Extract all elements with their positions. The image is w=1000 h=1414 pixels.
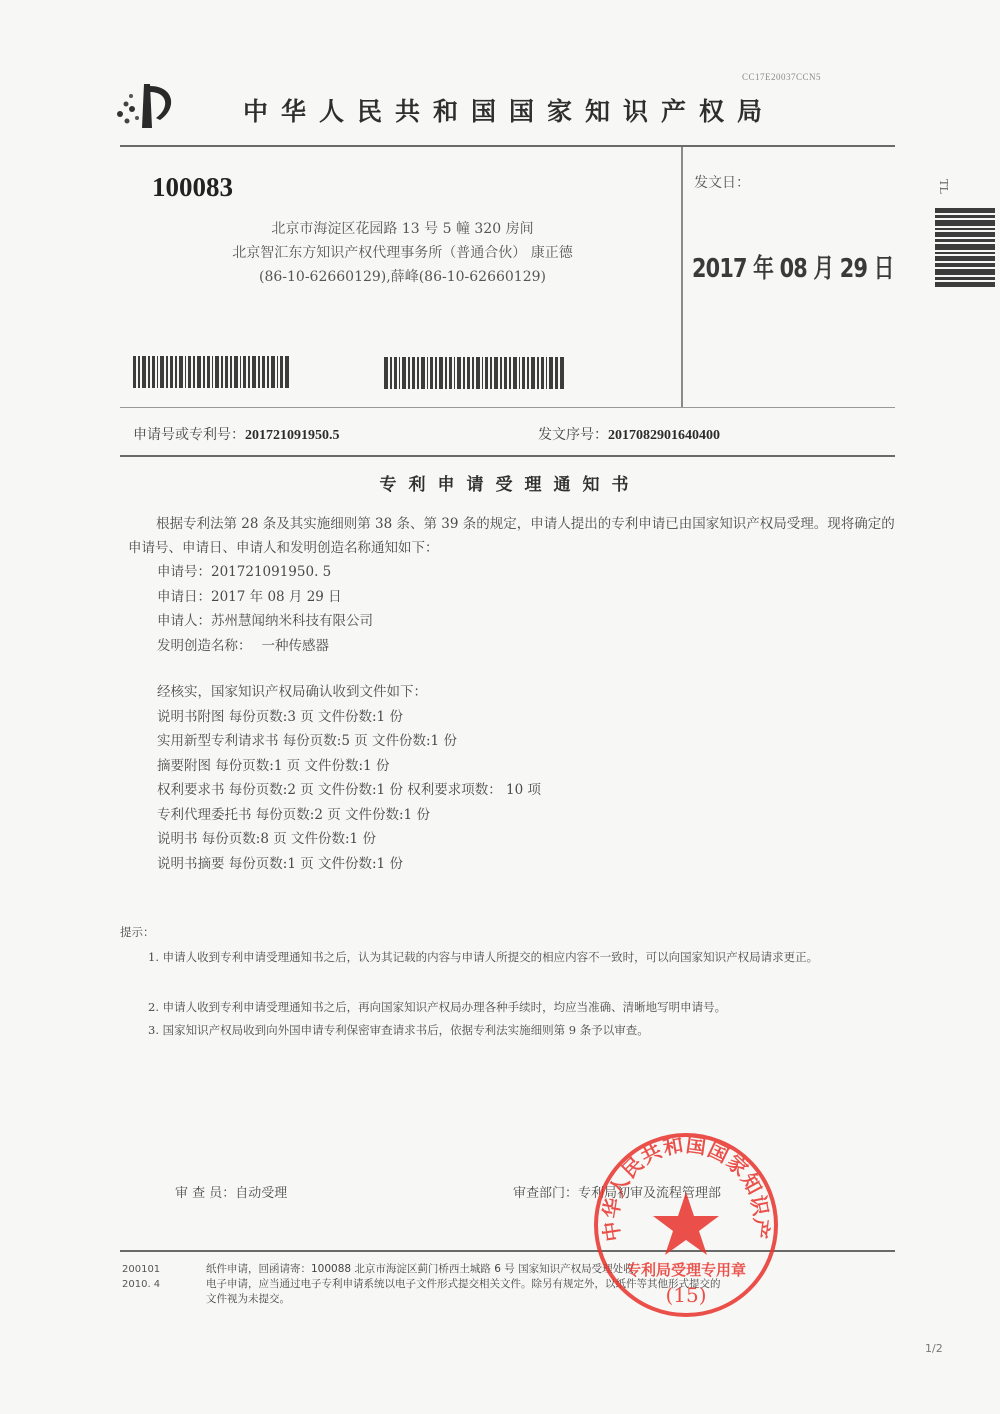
header-divider [120,145,895,147]
document-item: 实用新型专利请求书 每份页数:5 页 文件份数:1 份 [157,729,541,754]
svg-text:(15): (15) [665,1283,706,1307]
address-line-1: 北京市海淀区花园路 13 号 5 幢 320 房间 [125,218,680,240]
document-item: 专利代理委托书 每份页数:2 页 文件份数:1 份 [157,803,541,828]
page-number: 1/2 [925,1342,943,1355]
official-seal-icon: 中华人民共和国国家知识产权局 专利局受理专用章 (15) [591,1130,781,1320]
examiner: 审 查 员：自动受理 [175,1182,287,1207]
field-applicant: 申请人：苏州慧闻纳米科技有限公司 [157,609,373,634]
cnipa-logo-icon [112,74,182,130]
document-item: 说明书附图 每份页数:3 页 文件份数:1 份 [157,705,541,730]
examiner-value: 自动受理 [235,1186,287,1201]
application-number: 201721091950.5 [245,428,340,443]
dispatch-date-label: 发文日： [694,172,750,192]
ids-bottom-divider [120,455,895,457]
document-item: 说明书摘要 每份页数:1 页 文件份数:1 份 [157,852,541,877]
header-vertical-divider [681,147,683,407]
document-item: 说明书 每份页数:8 页 文件份数:1 份 [157,827,541,852]
side-mark: TL [937,179,950,194]
received-intro: 经核实，国家知识产权局确认收到文件如下： [157,680,541,705]
examiner-label: 审 查 员： [175,1186,235,1201]
notice-title: 专利申请受理通知书 [0,470,1000,495]
field-invention-title: 发明创造名称：一种传感器 [157,634,373,659]
form-code: 200101 2010. 4 [122,1262,160,1292]
notice-fields: 申请号：201721091950. 5 申请日：2017 年 08 月 29 日… [157,560,373,658]
document-item: 权利要求书 每份页数:2 页 文件份数:1 份 权利要求项数： 10 项 [157,778,541,803]
dispatch-date: 2017 年 08 月 29 日 [692,248,894,285]
application-number-label: 申请号或专利号： [133,427,245,443]
serial-number-label: 发文序号： [538,427,608,443]
tip-item: 1. 申请人收到专利申请受理通知书之后，认为其记载的内容与申请人所提交的相应内容… [120,945,895,969]
address-line-2: 北京智汇东方知识产权代理事务所（普通合伙） 康正德 [125,242,680,264]
application-number-row: 申请号或专利号：201721091950.5 [133,424,340,444]
serial-number-row: 发文序号：2017082901640400 [538,424,720,444]
postcode: 100083 [152,172,233,203]
tips-heading: 提示： [120,920,155,944]
ids-top-divider [120,407,895,408]
document-code: CC17E20037CCN5 [742,72,821,82]
footer-notes: 纸件申请，回函请寄：100088 北京市海淀区蓟门桥西土城路 6 号 国家知识产… [206,1262,896,1307]
tip-item: 2. 申请人收到专利申请受理通知书之后，再向国家知识产权局办理各种手续时，均应当… [120,995,895,1019]
notice-intro: 根据专利法第 28 条及其实施细则第 38 条、第 39 条的规定，申请人提出的… [128,512,898,560]
tip-item: 3. 国家知识产权局收到向外国申请专利保密审查请求书后，依据专利法实施细则第 9… [120,1018,895,1042]
svg-text:专利局受理专用章: 专利局受理专用章 [626,1261,746,1279]
serial-number: 2017082901640400 [608,428,720,443]
barcode-right [384,357,634,389]
address-line-3: (86-10-62660129),薛峰(86-10-62660129) [125,266,680,288]
barcode-vertical [935,208,995,298]
document-item: 摘要附图 每份页数:1 页 文件份数:1 份 [157,754,541,779]
field-application-date: 申请日：2017 年 08 月 29 日 [157,585,373,610]
office-name: 中华人民共和国国家知识产权局 [243,92,775,128]
barcode-left [133,356,340,388]
received-documents: 经核实，国家知识产权局确认收到文件如下： 说明书附图 每份页数:3 页 文件份数… [157,680,541,876]
department-label: 审查部门： [513,1186,578,1201]
field-application-number: 申请号：201721091950. 5 [157,560,373,585]
